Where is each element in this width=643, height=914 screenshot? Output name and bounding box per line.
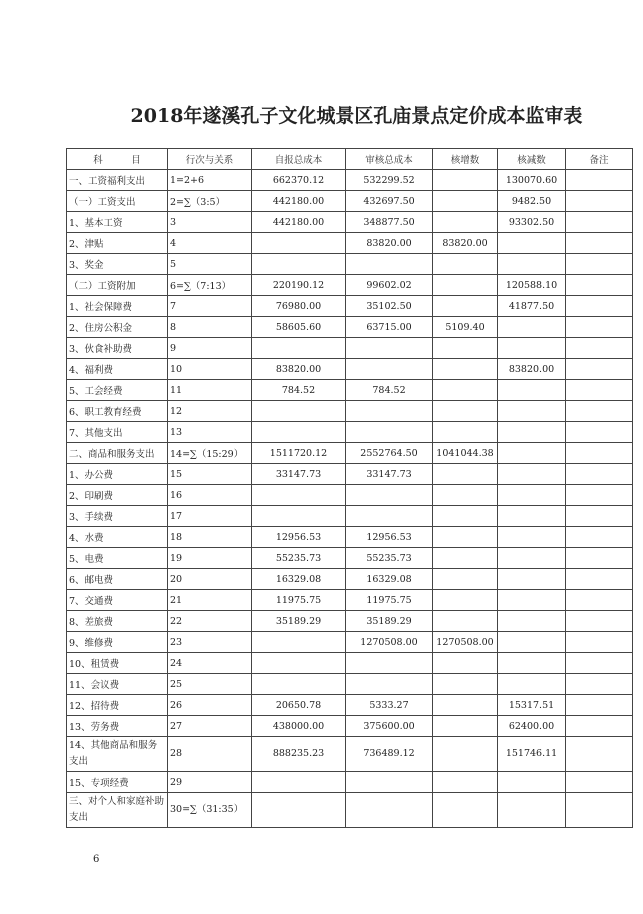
row-increase [433, 380, 498, 401]
row-audited-cost [346, 401, 433, 422]
row-item: 15、专项经费 [67, 772, 168, 793]
row-self-reported-cost [252, 254, 346, 275]
row-self-reported-cost: 58605.60 [252, 317, 346, 338]
row-line-relation: 27 [168, 716, 252, 737]
table-row: 10、租赁费24 [67, 653, 633, 674]
table-row: 8、差旅费2235189.2935189.29 [67, 611, 633, 632]
table-row: 2、津贴483820.0083820.00 [67, 233, 633, 254]
row-item: 二、商品和服务支出 [67, 443, 168, 464]
row-decrease: 130070.60 [498, 170, 566, 191]
header-remarks: 备注 [566, 149, 633, 170]
row-line-relation: 9 [168, 338, 252, 359]
row-decrease [498, 793, 566, 828]
row-item: （二）工资附加 [67, 275, 168, 296]
row-self-reported-cost [252, 793, 346, 828]
row-item: 5、电费 [67, 548, 168, 569]
row-line-relation: 28 [168, 737, 252, 772]
row-remarks [566, 170, 633, 191]
row-decrease: 93302.50 [498, 212, 566, 233]
row-decrease [498, 611, 566, 632]
row-decrease [498, 254, 566, 275]
row-decrease: 83820.00 [498, 359, 566, 380]
row-line-relation: 23 [168, 632, 252, 653]
table-row: （二）工资附加6=∑（7:13）220190.1299602.02120588.… [67, 275, 633, 296]
row-line-relation: 16 [168, 485, 252, 506]
row-line-relation: 20 [168, 569, 252, 590]
row-increase [433, 506, 498, 527]
row-self-reported-cost [252, 338, 346, 359]
row-decrease [498, 506, 566, 527]
row-item: 7、交通费 [67, 590, 168, 611]
row-increase [433, 772, 498, 793]
row-line-relation: 11 [168, 380, 252, 401]
row-decrease: 41877.50 [498, 296, 566, 317]
row-line-relation: 7 [168, 296, 252, 317]
row-decrease [498, 674, 566, 695]
row-increase [433, 254, 498, 275]
row-line-relation: 13 [168, 422, 252, 443]
row-remarks [566, 632, 633, 653]
row-decrease [498, 590, 566, 611]
row-item: 7、其他支出 [67, 422, 168, 443]
row-decrease [498, 401, 566, 422]
row-remarks [566, 296, 633, 317]
table-row: 4、水费1812956.5312956.53 [67, 527, 633, 548]
row-item: 5、工会经费 [67, 380, 168, 401]
table-row: 3、手续费17 [67, 506, 633, 527]
header-item: 科 目 [67, 149, 168, 170]
table-row: 3、奖金5 [67, 254, 633, 275]
table-row: 2、印刷费16 [67, 485, 633, 506]
row-decrease [498, 772, 566, 793]
row-item: 一、工资福利支出 [67, 170, 168, 191]
row-increase [433, 401, 498, 422]
row-audited-cost [346, 254, 433, 275]
row-audited-cost: 35189.29 [346, 611, 433, 632]
row-remarks [566, 793, 633, 828]
row-decrease: 9482.50 [498, 191, 566, 212]
row-audited-cost: 1270508.00 [346, 632, 433, 653]
table-row: 11、会议费25 [67, 674, 633, 695]
row-audited-cost: 12956.53 [346, 527, 433, 548]
row-increase [433, 212, 498, 233]
row-item: 3、伙食补助费 [67, 338, 168, 359]
row-remarks [566, 359, 633, 380]
table-row: 5、工会经费11784.52784.52 [67, 380, 633, 401]
header-line-relation: 行次与关系 [168, 149, 252, 170]
row-increase [433, 527, 498, 548]
row-line-relation: 19 [168, 548, 252, 569]
row-line-relation: 3 [168, 212, 252, 233]
row-self-reported-cost: 1511720.12 [252, 443, 346, 464]
table-row: 2、住房公积金858605.6063715.005109.40 [67, 317, 633, 338]
row-self-reported-cost: 16329.08 [252, 569, 346, 590]
row-decrease [498, 317, 566, 338]
table-header-row: 科 目 行次与关系 自报总成本 审核总成本 核增数 核减数 备注 [67, 149, 633, 170]
row-increase [433, 653, 498, 674]
row-remarks [566, 443, 633, 464]
row-self-reported-cost: 20650.78 [252, 695, 346, 716]
row-item: 6、邮电费 [67, 569, 168, 590]
row-remarks [566, 275, 633, 296]
row-audited-cost: 784.52 [346, 380, 433, 401]
row-remarks [566, 506, 633, 527]
row-self-reported-cost: 83820.00 [252, 359, 346, 380]
row-remarks [566, 695, 633, 716]
row-increase: 1041044.38 [433, 443, 498, 464]
row-audited-cost [346, 359, 433, 380]
row-self-reported-cost: 442180.00 [252, 212, 346, 233]
row-increase [433, 569, 498, 590]
row-self-reported-cost [252, 674, 346, 695]
row-item: 6、职工教育经费 [67, 401, 168, 422]
row-audited-cost: 532299.52 [346, 170, 433, 191]
row-item: 三、对个人和家庭补助支出 [67, 793, 168, 828]
row-line-relation: 15 [168, 464, 252, 485]
row-audited-cost: 55235.73 [346, 548, 433, 569]
row-audited-cost [346, 506, 433, 527]
table-row: （一）工资支出2=∑（3:5）442180.00432697.509482.50 [67, 191, 633, 212]
row-audited-cost: 11975.75 [346, 590, 433, 611]
row-increase [433, 793, 498, 828]
row-item: 3、奖金 [67, 254, 168, 275]
table-row: 1、办公费1533147.7333147.73 [67, 464, 633, 485]
row-decrease: 62400.00 [498, 716, 566, 737]
row-remarks [566, 338, 633, 359]
row-remarks [566, 233, 633, 254]
row-item: （一）工资支出 [67, 191, 168, 212]
row-item: 3、手续费 [67, 506, 168, 527]
row-increase [433, 548, 498, 569]
row-self-reported-cost [252, 422, 346, 443]
row-decrease [498, 527, 566, 548]
row-remarks [566, 191, 633, 212]
row-self-reported-cost: 784.52 [252, 380, 346, 401]
page-number: 6 [93, 854, 99, 865]
row-remarks [566, 380, 633, 401]
table-row: 一、工资福利支出1=2+6662370.12532299.52130070.60 [67, 170, 633, 191]
table-row: 15、专项经费29 [67, 772, 633, 793]
table-row: 9、维修费231270508.001270508.00 [67, 632, 633, 653]
row-line-relation: 26 [168, 695, 252, 716]
table-row: 13、劳务费27438000.00375600.0062400.00 [67, 716, 633, 737]
row-decrease: 15317.51 [498, 695, 566, 716]
row-remarks [566, 548, 633, 569]
row-item: 1、办公费 [67, 464, 168, 485]
table-row: 7、交通费2111975.7511975.75 [67, 590, 633, 611]
row-decrease [498, 569, 566, 590]
table-row: 5、电费1955235.7355235.73 [67, 548, 633, 569]
row-item: 9、维修费 [67, 632, 168, 653]
row-increase [433, 674, 498, 695]
row-line-relation: 8 [168, 317, 252, 338]
row-self-reported-cost [252, 233, 346, 254]
row-increase [433, 485, 498, 506]
row-line-relation: 24 [168, 653, 252, 674]
row-increase [433, 716, 498, 737]
row-audited-cost: 16329.08 [346, 569, 433, 590]
header-audited-cost: 审核总成本 [346, 149, 433, 170]
row-increase [433, 338, 498, 359]
row-audited-cost: 736489.12 [346, 737, 433, 772]
row-self-reported-cost: 76980.00 [252, 296, 346, 317]
row-decrease [498, 338, 566, 359]
row-audited-cost: 35102.50 [346, 296, 433, 317]
row-item: 14、其他商品和服务支出 [67, 737, 168, 772]
row-audited-cost [346, 338, 433, 359]
row-self-reported-cost: 442180.00 [252, 191, 346, 212]
table-row: 14、其他商品和服务支出28888235.23736489.12151746.1… [67, 737, 633, 772]
row-item: 11、会议费 [67, 674, 168, 695]
row-self-reported-cost [252, 506, 346, 527]
table-row: 12、招待费2620650.785333.2715317.51 [67, 695, 633, 716]
row-self-reported-cost: 55235.73 [252, 548, 346, 569]
row-audited-cost: 5333.27 [346, 695, 433, 716]
row-self-reported-cost [252, 632, 346, 653]
row-audited-cost: 432697.50 [346, 191, 433, 212]
row-increase: 5109.40 [433, 317, 498, 338]
row-item: 4、福利费 [67, 359, 168, 380]
row-self-reported-cost [252, 485, 346, 506]
row-line-relation: 22 [168, 611, 252, 632]
table-row: 1、基本工资3442180.00348877.5093302.50 [67, 212, 633, 233]
row-self-reported-cost: 11975.75 [252, 590, 346, 611]
row-audited-cost [346, 674, 433, 695]
table-row: 7、其他支出13 [67, 422, 633, 443]
row-decrease: 120588.10 [498, 275, 566, 296]
row-line-relation: 12 [168, 401, 252, 422]
row-audited-cost: 63715.00 [346, 317, 433, 338]
row-line-relation: 18 [168, 527, 252, 548]
header-decrease: 核减数 [498, 149, 566, 170]
row-remarks [566, 674, 633, 695]
row-remarks [566, 590, 633, 611]
row-audited-cost [346, 653, 433, 674]
row-line-relation: 30=∑（31:35） [168, 793, 252, 828]
row-remarks [566, 401, 633, 422]
row-item: 12、招待费 [67, 695, 168, 716]
header-self-reported-cost: 自报总成本 [252, 149, 346, 170]
row-increase: 83820.00 [433, 233, 498, 254]
row-audited-cost [346, 772, 433, 793]
row-item: 1、基本工资 [67, 212, 168, 233]
row-self-reported-cost: 35189.29 [252, 611, 346, 632]
row-line-relation: 21 [168, 590, 252, 611]
row-remarks [566, 772, 633, 793]
row-item: 13、劳务费 [67, 716, 168, 737]
row-line-relation: 17 [168, 506, 252, 527]
row-increase: 1270508.00 [433, 632, 498, 653]
row-decrease [498, 233, 566, 254]
row-self-reported-cost [252, 772, 346, 793]
row-remarks [566, 569, 633, 590]
row-increase [433, 695, 498, 716]
row-audited-cost [346, 422, 433, 443]
row-decrease [498, 632, 566, 653]
row-item: 1、社会保障费 [67, 296, 168, 317]
row-increase [433, 737, 498, 772]
row-audited-cost [346, 485, 433, 506]
table-row: 4、福利费1083820.0083820.00 [67, 359, 633, 380]
row-increase [433, 464, 498, 485]
row-audited-cost: 33147.73 [346, 464, 433, 485]
row-audited-cost: 99602.02 [346, 275, 433, 296]
row-line-relation: 25 [168, 674, 252, 695]
cost-audit-table: 科 目 行次与关系 自报总成本 审核总成本 核增数 核减数 备注 一、工资福利支… [66, 148, 633, 828]
row-remarks [566, 485, 633, 506]
row-line-relation: 1=2+6 [168, 170, 252, 191]
table-row: 二、商品和服务支出14=∑（15:29）1511720.122552764.50… [67, 443, 633, 464]
row-item: 2、津贴 [67, 233, 168, 254]
row-remarks [566, 737, 633, 772]
table-row: 6、邮电费2016329.0816329.08 [67, 569, 633, 590]
row-increase [433, 275, 498, 296]
row-self-reported-cost: 662370.12 [252, 170, 346, 191]
row-increase [433, 170, 498, 191]
row-decrease [498, 653, 566, 674]
row-self-reported-cost: 12956.53 [252, 527, 346, 548]
row-remarks [566, 254, 633, 275]
row-increase [433, 590, 498, 611]
row-line-relation: 6=∑（7:13） [168, 275, 252, 296]
row-remarks [566, 611, 633, 632]
row-self-reported-cost: 438000.00 [252, 716, 346, 737]
row-decrease [498, 422, 566, 443]
row-decrease [498, 443, 566, 464]
row-increase [433, 359, 498, 380]
row-increase [433, 296, 498, 317]
header-increase: 核增数 [433, 149, 498, 170]
row-decrease [498, 464, 566, 485]
row-self-reported-cost [252, 653, 346, 674]
row-line-relation: 29 [168, 772, 252, 793]
row-audited-cost: 375600.00 [346, 716, 433, 737]
row-line-relation: 10 [168, 359, 252, 380]
row-self-reported-cost [252, 401, 346, 422]
row-audited-cost: 83820.00 [346, 233, 433, 254]
document-title: 2018年遂溪孔子文化城景区孔庙景点定价成本监审表 [0, 101, 643, 128]
row-line-relation: 14=∑（15:29） [168, 443, 252, 464]
row-audited-cost: 348877.50 [346, 212, 433, 233]
row-line-relation: 2=∑（3:5） [168, 191, 252, 212]
row-increase [433, 422, 498, 443]
table-body: 一、工资福利支出1=2+6662370.12532299.52130070.60… [67, 170, 633, 828]
table-row: 3、伙食补助费9 [67, 338, 633, 359]
row-remarks [566, 317, 633, 338]
row-item: 2、印刷费 [67, 485, 168, 506]
row-self-reported-cost: 33147.73 [252, 464, 346, 485]
row-audited-cost [346, 793, 433, 828]
row-item: 8、差旅费 [67, 611, 168, 632]
row-self-reported-cost: 220190.12 [252, 275, 346, 296]
row-item: 10、租赁费 [67, 653, 168, 674]
row-remarks [566, 464, 633, 485]
table-row: 三、对个人和家庭补助支出30=∑（31:35） [67, 793, 633, 828]
row-remarks [566, 716, 633, 737]
row-decrease: 151746.11 [498, 737, 566, 772]
row-increase [433, 191, 498, 212]
row-decrease [498, 548, 566, 569]
row-remarks [566, 527, 633, 548]
table-row: 1、社会保障费776980.0035102.5041877.50 [67, 296, 633, 317]
row-decrease [498, 485, 566, 506]
row-self-reported-cost: 888235.23 [252, 737, 346, 772]
row-item: 2、住房公积金 [67, 317, 168, 338]
row-line-relation: 5 [168, 254, 252, 275]
row-increase [433, 611, 498, 632]
table-row: 6、职工教育经费12 [67, 401, 633, 422]
row-remarks [566, 422, 633, 443]
row-audited-cost: 2552764.50 [346, 443, 433, 464]
row-item: 4、水费 [67, 527, 168, 548]
row-remarks [566, 212, 633, 233]
row-decrease [498, 380, 566, 401]
row-remarks [566, 653, 633, 674]
row-line-relation: 4 [168, 233, 252, 254]
